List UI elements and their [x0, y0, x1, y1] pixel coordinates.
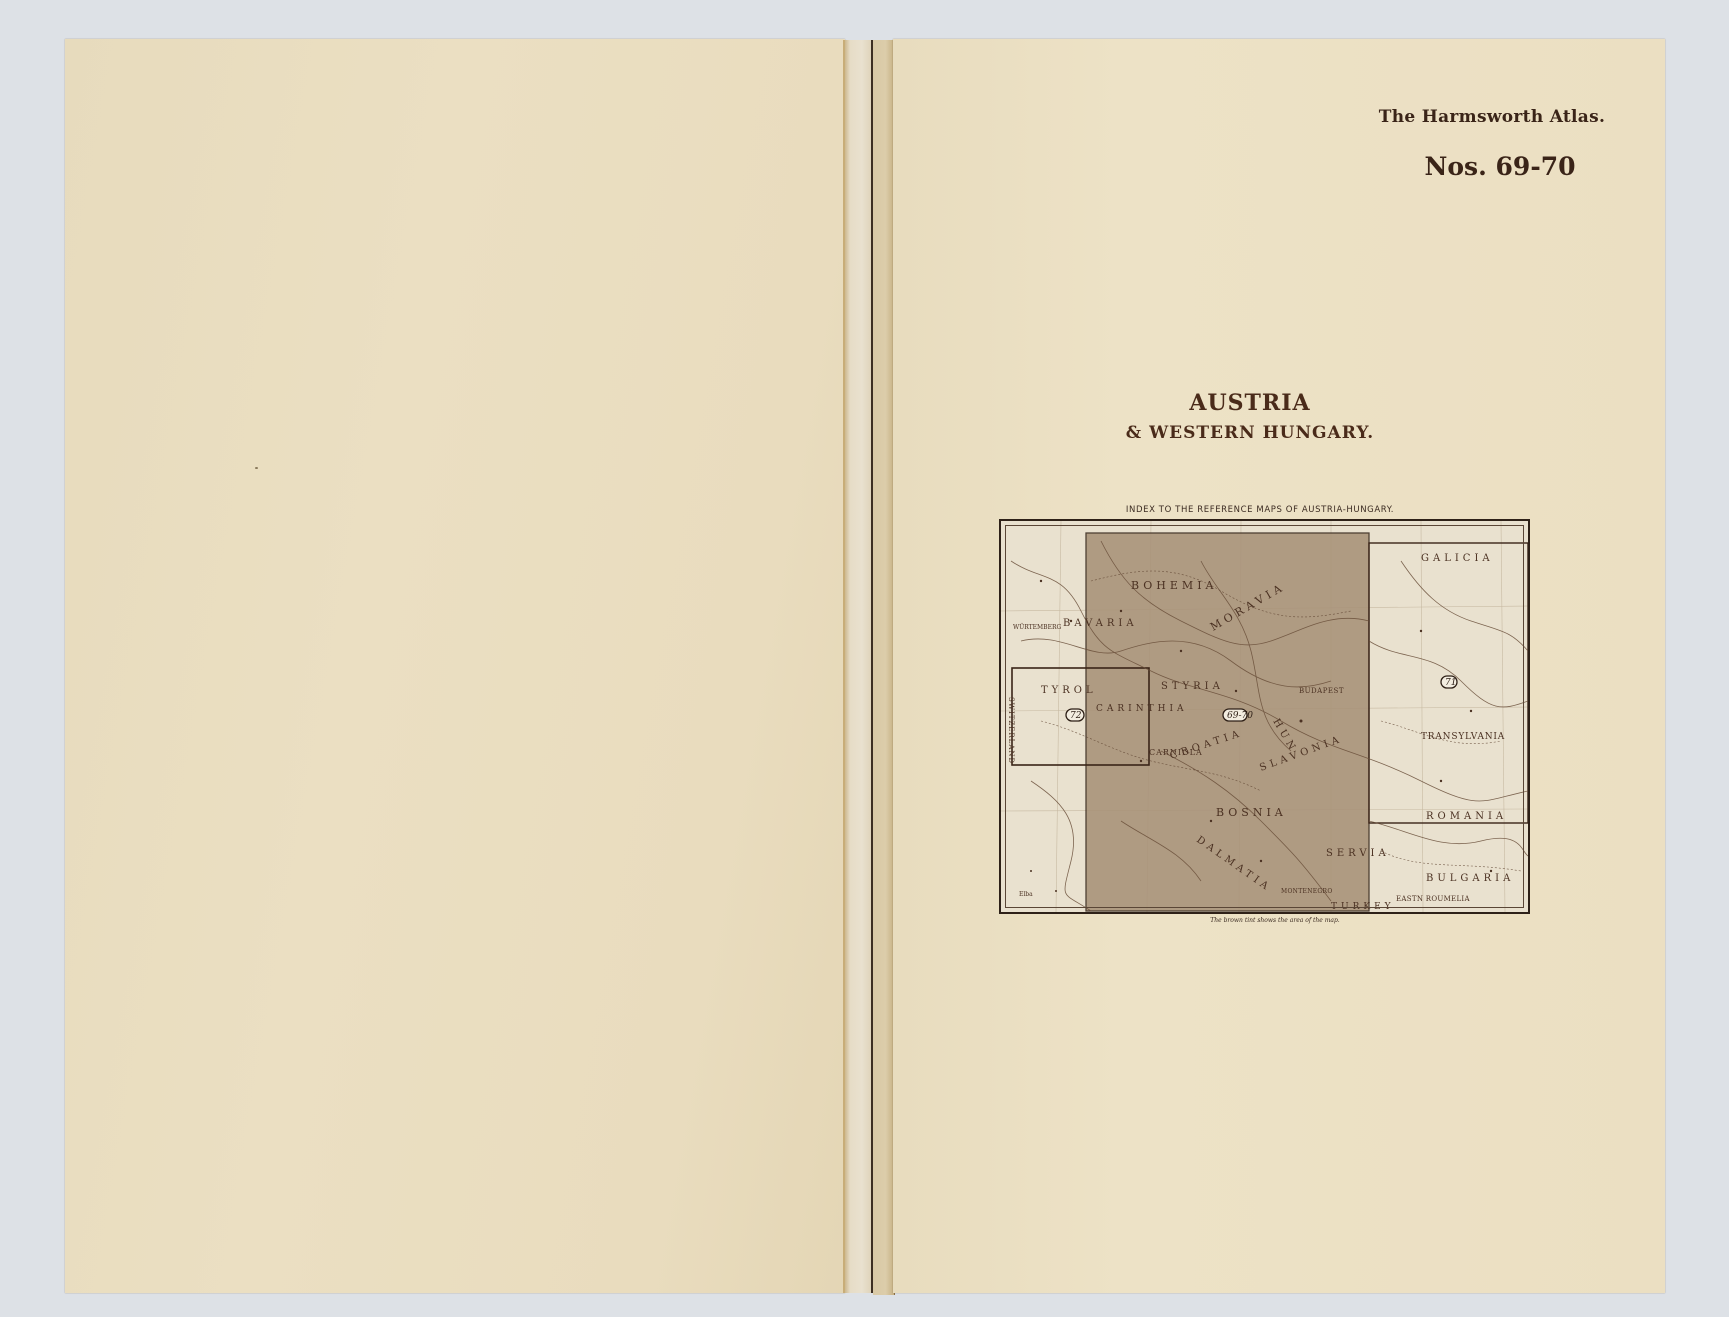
index-map-inner-frame: [1005, 525, 1524, 908]
atlas-title: The Harmsworth Atlas.: [1372, 107, 1612, 127]
left-blank-page: [65, 39, 845, 1293]
map-subtitle: & WESTERN HUNGARY.: [1060, 423, 1440, 443]
spine-guard-strip-right: [873, 40, 895, 1295]
index-map-caption: INDEX TO THE REFERENCE MAPS OF AUSTRIA-H…: [1050, 505, 1470, 515]
spine-guard-strip-left: [843, 40, 873, 1293]
paper-speck: [255, 467, 258, 469]
index-map: BOHEMIA MORAVIA BAVARIA TYROL STYRIA CAR…: [999, 519, 1530, 914]
sheet-numbers: Nos. 69-70: [1380, 152, 1620, 181]
index-map-footnote: The brown tint shows the area of the map…: [1180, 917, 1370, 924]
map-title: AUSTRIA: [1090, 390, 1410, 416]
